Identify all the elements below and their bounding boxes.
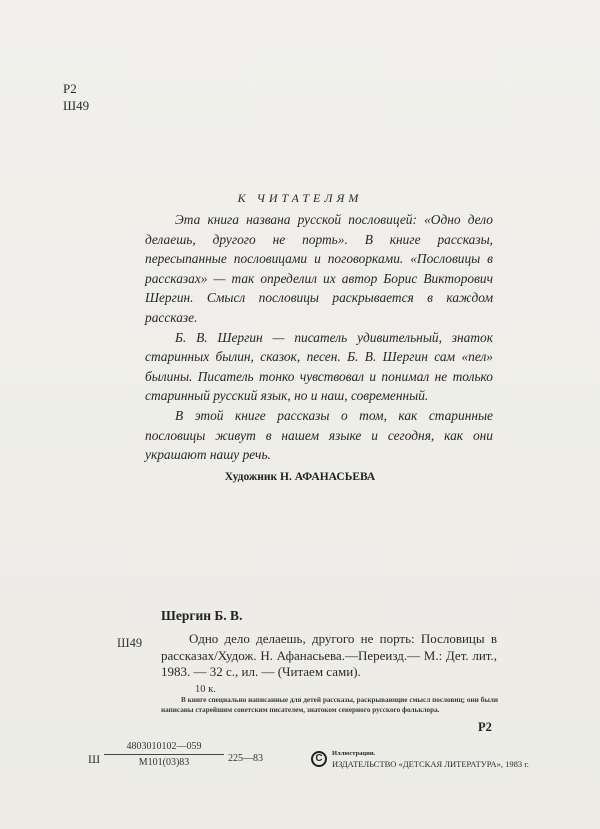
catalog-author: Шергин Б. В.	[161, 608, 242, 624]
copyright-block: C Иллюстрации. ИЗДАТЕЛЬСТВО «ДЕТСКАЯ ЛИТ…	[311, 749, 529, 769]
intro-paragraph: Б. В. Шергин — писатель удивительный, зн…	[145, 328, 493, 406]
copyright-line2: ИЗДАТЕЛЬСТВО «ДЕТСКАЯ ЛИТЕРАТУРА», 1983 …	[332, 759, 529, 769]
book-page: Р2 Ш49 К ЧИТАТЕЛЯМ Эта книга названа рус…	[0, 0, 600, 829]
annotation-text: В книге специально написанные для детей …	[161, 696, 498, 715]
index-fraction: 4803010102—059 М101(03)83	[104, 741, 224, 768]
classification-block: Р2 Ш49	[63, 80, 89, 114]
author-mark: Ш49	[63, 97, 89, 114]
artist-credit: Художник Н. АФАНАСЬЕВА	[0, 471, 600, 483]
intro-paragraph: Эта книга названа русской пословицей: «О…	[145, 210, 493, 328]
index-numerator: 4803010102—059	[104, 741, 224, 755]
intro-text: Эта книга названа русской пословицей: «О…	[145, 210, 493, 465]
intro-title: К ЧИТАТЕЛЯМ	[0, 191, 600, 206]
catalog-description: Одно дело делаешь, другого не порть: Пос…	[161, 631, 497, 681]
index-tail: 225—83	[228, 753, 263, 764]
annotation: В книге специально написанные для детей …	[161, 696, 498, 715]
bbk-code: Р2	[63, 80, 89, 97]
copyright-icon: C	[311, 751, 327, 767]
index-denominator: М101(03)83	[104, 755, 224, 768]
catalog-code: Ш49	[117, 636, 142, 651]
catalog-description-text: Одно дело делаешь, другого не порть: Пос…	[161, 631, 497, 681]
intro-paragraph: В этой книге рассказы о том, как старинн…	[145, 406, 493, 465]
price: 10 к.	[195, 684, 216, 695]
index-letter: Ш	[88, 752, 100, 767]
bbk-code-bottom: Р2	[478, 720, 492, 735]
copyright-line1: Иллюстрации.	[332, 749, 529, 759]
